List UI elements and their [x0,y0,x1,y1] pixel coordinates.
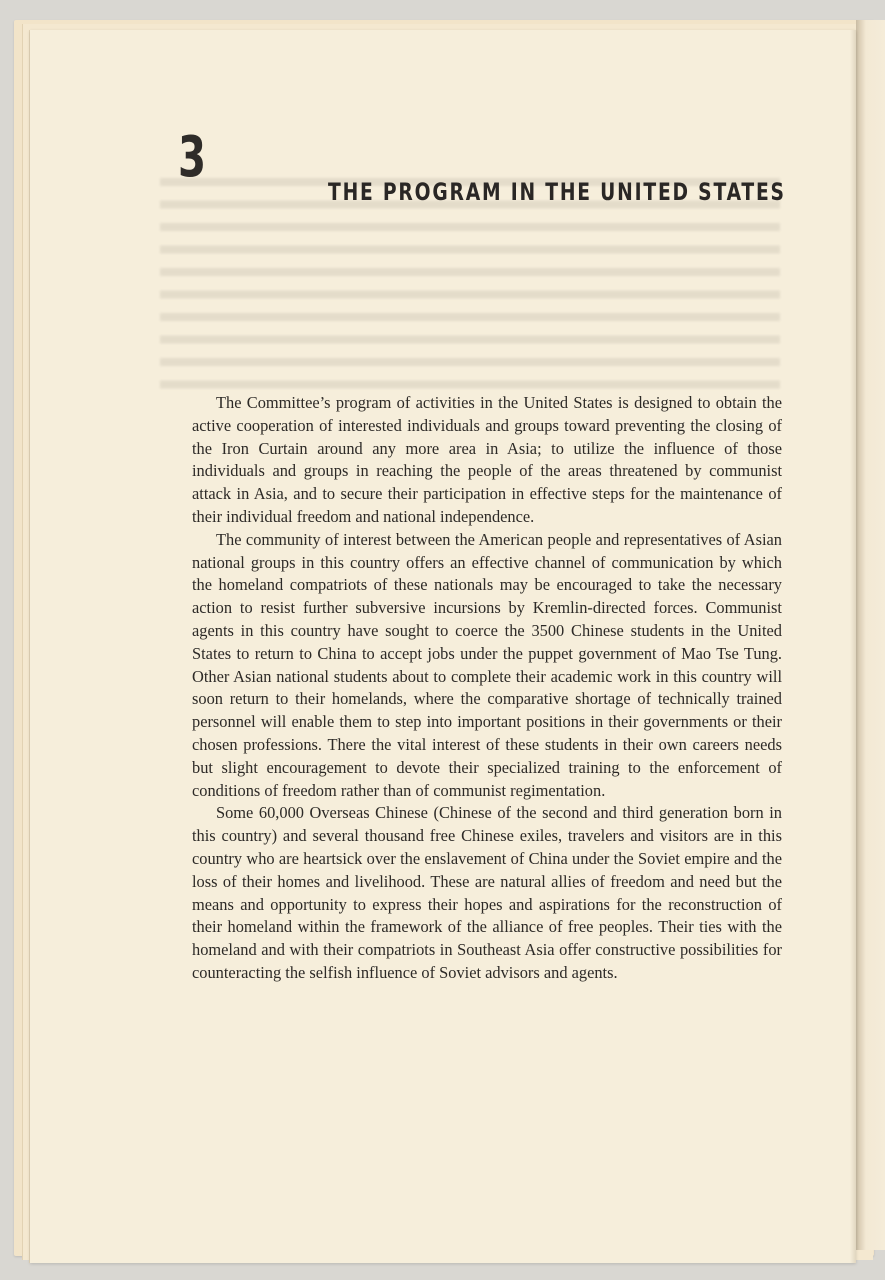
paragraph: Some 60,000 Overseas Chinese (Chinese of… [192,802,782,984]
document-page: 3 THE PROGRAM IN THE UNITED STATES The C… [30,30,856,1263]
facing-page-edge [856,20,885,1250]
body-text: The Committee’s program of activities in… [192,392,782,985]
chapter-heading: 3 THE PROGRAM IN THE UNITED STATES [178,130,828,200]
paragraph: The community of interest between the Am… [192,529,782,803]
chapter-number: 3 [178,130,206,186]
paragraph: The Committee’s program of activities in… [192,392,782,529]
chapter-title: THE PROGRAM IN THE UNITED STATES [328,180,786,204]
